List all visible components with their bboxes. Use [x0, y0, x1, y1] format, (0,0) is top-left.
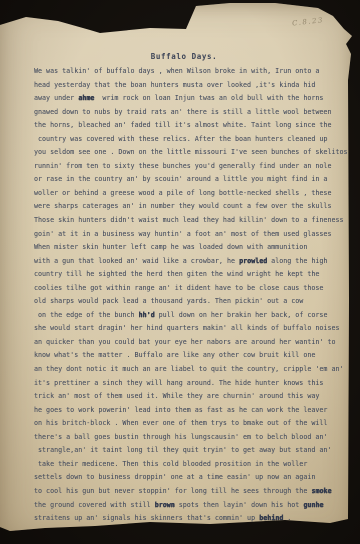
text-line: the horns, bleached an' faded till it's … — [34, 119, 346, 133]
text-line: an quicker than you could bat your eye h… — [34, 336, 346, 350]
text-line: gnawed down to nubs by traid rats an' th… — [34, 106, 346, 120]
text-segment: he goes to work powerin' lead into them … — [34, 406, 327, 414]
text-line: We was talkin' of buffalo days , when Wi… — [34, 65, 346, 79]
text-segment: take their medicene. Then this cold bloo… — [34, 460, 307, 468]
text-segment: an quicker than you could bat your eye h… — [34, 338, 335, 346]
text-segment: wrim rock on loan Injun twas an old bull… — [94, 94, 323, 102]
document-body: We was talkin' of buffalo days , when Wi… — [34, 65, 346, 526]
text-segment: it's prettiner a sinch they will hang ar… — [34, 379, 323, 387]
text-line: there's a ball goes bustin through his l… — [34, 431, 346, 445]
text-line: strangle,an' it taint long til they quit… — [34, 444, 346, 458]
text-segment: woller or behind a greese wood a pile of… — [34, 189, 331, 197]
text-segment: were sharps caterages an' in number they… — [34, 202, 331, 210]
text-segment: you seldom see one . Down on the little … — [34, 148, 348, 156]
text-line: the ground covered with still brown spot… — [34, 499, 346, 513]
text-line: country was covered with these relics. A… — [34, 133, 346, 147]
text-line: coolies tilhe got within range an' it di… — [34, 282, 346, 296]
text-segment: along the high — [267, 257, 327, 265]
text-segment: to cool his gun but never stoppin' for l… — [34, 487, 311, 495]
text-segment: runnin' from ten to sixty these bunches … — [34, 162, 331, 170]
photo-background: C.8.23 Buffalo Days. We was talkin' of b… — [0, 0, 360, 544]
text-line: to cool his gun but never stoppin' for l… — [34, 485, 346, 499]
text-line: he goes to work powerin' lead into them … — [34, 404, 346, 418]
text-segment: on his britch-block . When ever one of t… — [34, 419, 327, 427]
text-line: old sharps would pack lead a thousand ya… — [34, 295, 346, 309]
text-line: with a gun that looked an' waid like a c… — [34, 255, 346, 269]
text-segment: We was talkin' of buffalo days , when Wi… — [34, 67, 319, 75]
overstruck-text: behind — [259, 514, 283, 522]
text-segment: old sharps would pack lead a thousand ya… — [34, 297, 303, 305]
text-segment: pull down on her brakin her back, of cor… — [155, 311, 328, 319]
text-line: an they dont notic it much an are liabel… — [34, 363, 346, 377]
text-segment: strangle,an' it taint long til they quit… — [34, 446, 331, 454]
text-segment: goin' at it in a business way huntin' a … — [34, 230, 331, 238]
text-segment: an they dont notic it much an are liabel… — [34, 365, 344, 373]
document-title: Buffalo Days. — [34, 52, 334, 61]
text-segment: know what's the matter . Buffalo are lik… — [34, 351, 315, 359]
text-segment: gnawed down to nubs by traid rats an' th… — [34, 108, 331, 116]
text-segment: or rase in the country an' by scouin' ar… — [34, 175, 327, 183]
text-line: woller or behind a greese wood a pile of… — [34, 187, 346, 201]
overstruck-text: ahme — [78, 94, 94, 102]
text-line: runnin' from ten to sixty these bunches … — [34, 160, 346, 174]
text-line: it's prettiner a sinch they will hang ar… — [34, 377, 346, 391]
text-segment: country was covered with these relics. A… — [34, 135, 327, 143]
text-segment: Those skin hunters didn't waist much lea… — [34, 216, 344, 224]
text-line: you seldom see one . Down on the little … — [34, 146, 346, 160]
text-segment: spots then layin' down his hot — [175, 501, 304, 509]
text-line: on his britch-block . When ever one of t… — [34, 417, 346, 431]
text-segment: When mister skin hunter left camp he was… — [34, 243, 307, 251]
text-segment: there's a ball goes bustin through his l… — [34, 433, 327, 441]
text-line: or rase in the country an' by scouin' ar… — [34, 173, 346, 187]
text-line: away under ahme wrim rock on loan Injun … — [34, 92, 346, 106]
text-segment: straitens up an' signals his skinners th… — [34, 514, 259, 522]
text-line: she would start dragin' her hind quarter… — [34, 322, 346, 336]
text-segment: trick an' most of them used it. While th… — [34, 392, 319, 400]
overstruck-text: hh'd — [139, 311, 155, 319]
text-line: trick an' most of them used it. While th… — [34, 390, 346, 404]
text-segment: with a gun that looked an' waid like a c… — [34, 257, 239, 265]
text-segment: she would start dragin' her hind quarter… — [34, 324, 340, 332]
text-line: When mister skin hunter left camp he was… — [34, 241, 346, 255]
text-segment: the horns, bleached an' faded till it's … — [34, 121, 331, 129]
text-line: Those skin hunters didn't waist much lea… — [34, 214, 346, 228]
text-segment: coolies tilhe got within range an' it di… — [34, 284, 323, 292]
overstruck-text: smoke — [311, 487, 331, 495]
text-segment: away under — [34, 94, 78, 102]
text-segment: settels down to business droppin' one at… — [34, 473, 315, 481]
text-line: were sharps caterages an' in number they… — [34, 200, 346, 214]
text-line: know what's the matter . Buffalo are lik… — [34, 349, 346, 363]
text-segment: on the edge of the bunch — [34, 311, 139, 319]
text-segment: head yesterday that the boan hunters mus… — [34, 81, 315, 89]
text-line: straitens up an' signals his skinners th… — [34, 512, 346, 526]
text-line: settels down to business droppin' one at… — [34, 471, 346, 485]
text-segment: . — [283, 514, 291, 522]
text-line: goin' at it in a business way huntin' a … — [34, 228, 346, 242]
text-segment: country till he sighted the herd then gi… — [34, 270, 319, 278]
overstruck-text: gunhe — [303, 501, 323, 509]
document-page: C.8.23 Buffalo Days. We was talkin' of b… — [0, 0, 360, 544]
text-segment: the ground covered with still — [34, 501, 155, 509]
text-line: head yesterday that the boan hunters mus… — [34, 79, 346, 93]
overstruck-text: prowled — [239, 257, 267, 265]
text-line: take their medicene. Then this cold bloo… — [34, 458, 346, 472]
text-line: on the edge of the bunch hh'd pull down … — [34, 309, 346, 323]
overstruck-text: brown — [155, 501, 175, 509]
text-line: country till he sighted the herd then gi… — [34, 268, 346, 282]
